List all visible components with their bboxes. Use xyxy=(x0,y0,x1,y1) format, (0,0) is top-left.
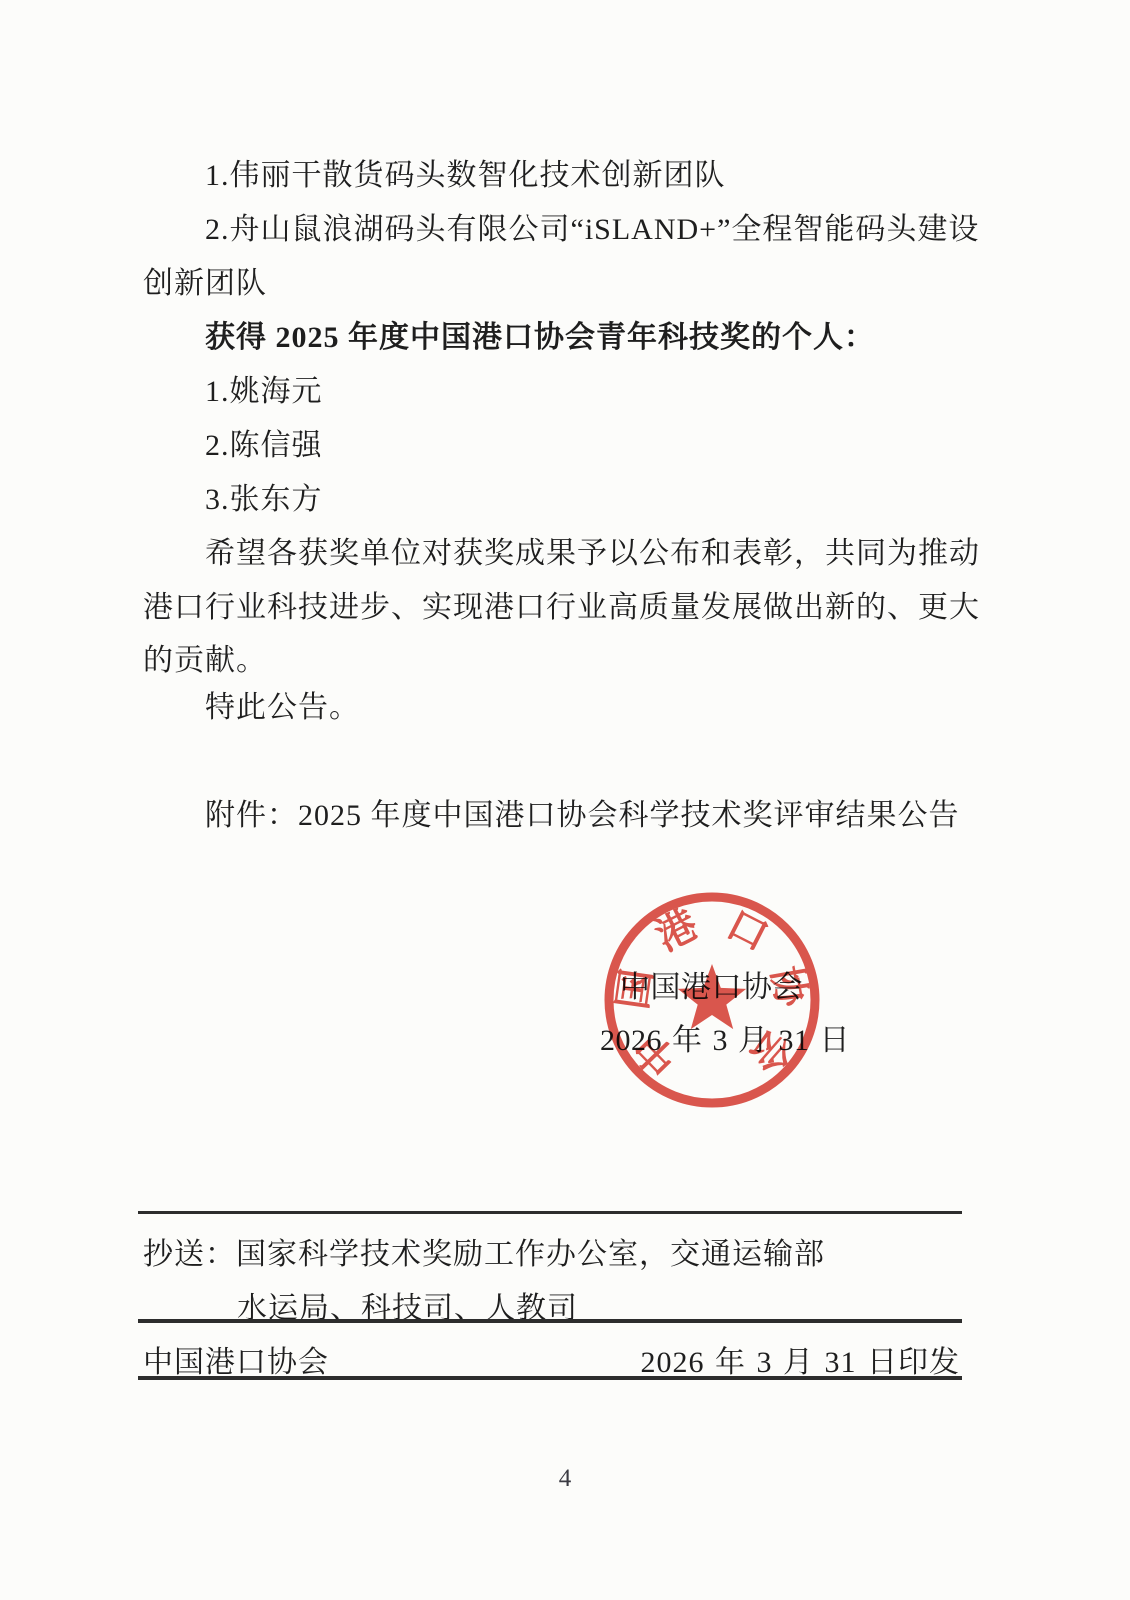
closing-paragraph-line-1: 希望各获奖单位对获奖成果予以公布和表彰，共同为推动 xyxy=(143,536,980,572)
closing-paragraph-line-3: 的贡献。 xyxy=(143,643,267,679)
closing-paragraph-line-2: 港口行业科技进步、实现港口行业高质量发展做出新的、更大 xyxy=(143,590,980,626)
seal-char-1: 中 xyxy=(626,1024,686,1084)
award-team-item-2-cont: 创新团队 xyxy=(143,266,267,302)
footer-divider-top xyxy=(138,1211,962,1214)
footer-print-date: 2026 年 3 月 31 日印发 xyxy=(641,1337,961,1381)
hereby-announce-line: 特此公告。 xyxy=(143,690,360,726)
footer-divider-middle xyxy=(138,1319,962,1323)
seal-char-6: 会 xyxy=(741,1021,801,1081)
cc-recipients-line-1: 抄送：国家科学技术奖励工作办公室，交通运输部 xyxy=(143,1229,825,1273)
footer-divider-bottom xyxy=(138,1376,962,1380)
award-team-item-2: 2.舟山鼠浪湖码头有限公司“iSLAND+”全程智能码头建设 xyxy=(143,212,979,248)
award-person-item-3: 3.张东方 xyxy=(143,482,323,518)
youth-award-heading: 获得 2025 年度中国港口协会青年科技奖的个人： xyxy=(143,320,875,356)
star-icon xyxy=(678,964,746,1029)
award-person-item-1: 1.姚海元 xyxy=(143,374,323,410)
seal-char-2: 国 xyxy=(610,966,660,1012)
official-seal-stamp: 中 国 港 口 协 会 xyxy=(562,850,862,1150)
award-person-item-2: 2.陈信强 xyxy=(143,428,323,464)
seal-char-5: 协 xyxy=(763,963,815,1012)
attachment-line: 附件：2025 年度中国港口协会科学技术奖评审结果公告 xyxy=(143,798,960,834)
footer-issuer: 中国港口协会 xyxy=(143,1337,329,1381)
document-page: 1.伟丽干散货码头数智化技术创新团队 2.舟山鼠浪湖码头有限公司“iSLAND+… xyxy=(0,0,1130,1600)
award-team-item-1: 1.伟丽干散货码头数智化技术创新团队 xyxy=(143,158,726,194)
page-number: 4 xyxy=(0,1465,1130,1493)
